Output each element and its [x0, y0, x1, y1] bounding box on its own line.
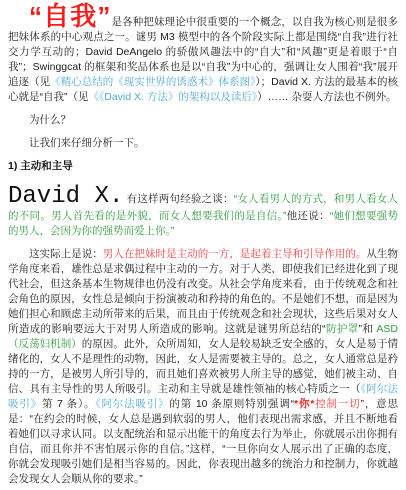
intro-paragraph: “自我”是各种把妹理论中很重要的一个概念，以自我为核心则是很多把妹体系的中心观点…	[8, 3, 398, 105]
text-run: 第 7 条）。	[42, 398, 95, 410]
section-heading-1: 1) 主动和主导	[8, 159, 398, 174]
text-run: 的第 10 条原则特别强调“	[169, 398, 294, 410]
text-run: 防护罩	[326, 323, 359, 335]
text-run: 控制一切	[314, 398, 360, 410]
text-run: 这实际上是说：	[29, 248, 103, 260]
analyze-intro-paragraph: 让我们来仔细分析一下。	[8, 136, 398, 151]
section-1-title: 1) 主动和主导	[8, 160, 73, 172]
text-run: ）…… 杂耍人方法也不例外。	[257, 91, 396, 103]
text-run: *你*	[294, 398, 314, 410]
text-run: 让我们来仔细分析一下。	[29, 137, 145, 149]
text-run: 从生物学角度来看，雄性总是求偶过程中主动的一方。对于人类，即使我们已经进化到了现…	[8, 248, 398, 335]
text-run: ”，意思是：“在约会的时候，女人总是遇到软弱的男人，他们表现出需求感，并且不断地…	[8, 398, 398, 485]
why-question-paragraph: 为什么？	[8, 113, 398, 128]
text-run: ”和	[359, 323, 377, 335]
text-run: 为什么？	[29, 114, 71, 126]
document-page: “自我”是各种把妹理论中很重要的一个概念，以自我为核心则是很多把妹体系的中心观点…	[0, 0, 406, 487]
david-x-display-text: David X.	[8, 183, 123, 210]
text-run: 男人在把妹时是主动的一方，是起着主导和引导作用的。	[103, 248, 367, 260]
link-alpha-attraction-2[interactable]: 《阿尔法吸引》	[95, 398, 169, 410]
text-run: 他还说：	[286, 210, 329, 222]
david-x-quotes-paragraph: David X. 有这样两句经验之谈：“女人看男人的方式，和男人看女人的不同。男…	[8, 184, 398, 239]
link-real-world-seduction-diagram[interactable]: 《精心总结的《现实世界的诱惑术》体系图》	[50, 76, 255, 88]
text-run: 有这样两句经验之谈：	[123, 193, 233, 205]
page-title: “自我”	[29, 1, 111, 31]
document-content: “自我”是各种把妹理论中很重要的一个概念，以自我为核心则是很多把妹体系的中心观点…	[8, 3, 398, 487]
link-david-x-method-review[interactable]: 《《David X. 方法》的架构以及读后》	[89, 91, 258, 103]
analysis-paragraph: 这实际上是说：男人在把妹时是主动的一方，是起着主导和引导作用的。从生物学角度来看…	[8, 247, 398, 487]
